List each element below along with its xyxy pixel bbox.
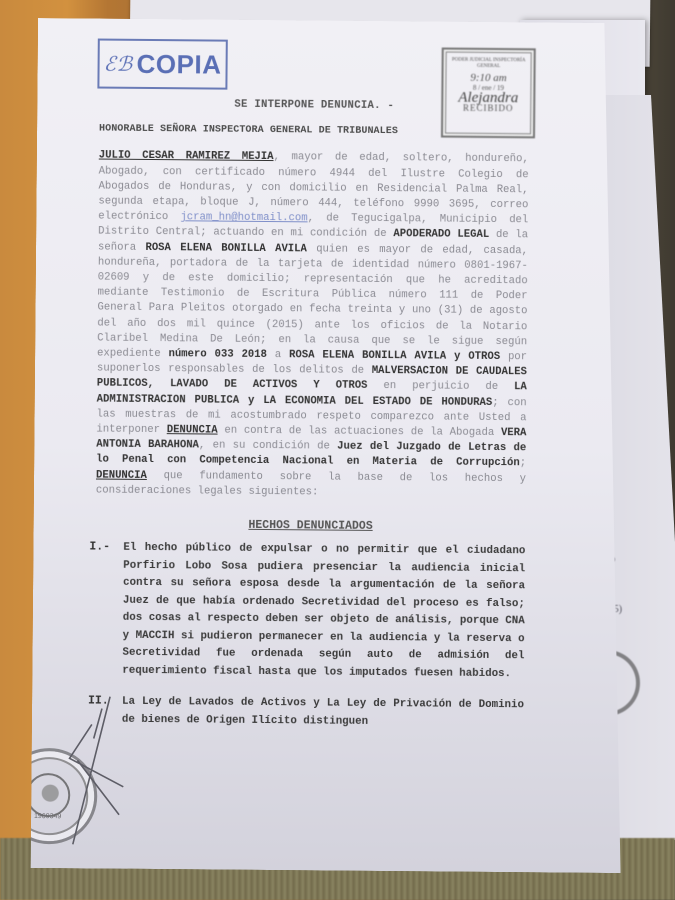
fact-text: El hecho público de expulsar o no permit… xyxy=(122,540,525,684)
fact-item: I.- El hecho público de expulsar o no pe… xyxy=(94,540,525,684)
role: APODERADO LEGAL xyxy=(393,229,489,242)
case-number: número 033 2018 xyxy=(168,348,267,361)
intro-text: , en su condición de xyxy=(199,440,330,453)
fact-text: La Ley de Lavados de Activos y La Ley de… xyxy=(122,694,524,733)
case-parties: ROSA ELENA BONILLA AVILA y OTROS xyxy=(289,349,500,363)
intro-text: a xyxy=(275,349,281,361)
intro-text: quien es mayor de edad, casada, hondureñ… xyxy=(97,243,528,360)
copy-stamp: ℰℬ COPIA xyxy=(97,39,227,90)
document-addressee: HONORABLE SEÑORA INSPECTORA GENERAL DE T… xyxy=(99,122,529,141)
intro-text: ; xyxy=(520,458,526,470)
email-link[interactable]: jcram_hn@hotmail.com xyxy=(180,211,307,224)
fact-number: I.- xyxy=(88,540,123,680)
denuncia-label: DENUNCIA xyxy=(167,424,218,436)
intro-text: en contra de las actuaciones de la Aboga… xyxy=(224,425,494,439)
received-stamp-time: 9:10 am xyxy=(443,72,533,85)
document-body: SE INTERPONE DENUNCIA. - HONORABLE SEÑOR… xyxy=(94,97,530,747)
received-stamp-org: PODER JUDICIAL INSPECTORÍA GENERAL xyxy=(444,58,534,71)
intro-text: en perjuicio de xyxy=(383,380,498,393)
intro-text: que fundamento sobre la base de los hech… xyxy=(96,470,526,499)
copy-stamp-label: COPIA xyxy=(136,48,221,80)
fact-item: II. La Ley de Lavados de Activos y La Le… xyxy=(94,694,524,733)
client-name: ROSA ELENA BONILLA AVILA xyxy=(145,242,307,255)
document-page: ℰℬ COPIA PODER JUDICIAL INSPECTORÍA GENE… xyxy=(31,18,628,873)
intro-paragraph: JULIO CESAR RAMIREZ MEJIA, mayor de edad… xyxy=(96,149,529,502)
denuncia-label-2: DENUNCIA xyxy=(96,469,147,481)
document-title: SE INTERPONE DENUNCIA. - xyxy=(99,97,529,116)
handwritten-signature xyxy=(31,668,153,849)
copy-stamp-symbol: ℰℬ xyxy=(104,51,133,76)
section-heading: HECHOS DENUNCIADOS xyxy=(96,517,526,536)
complainant-name: JULIO CESAR RAMIREZ MEJIA xyxy=(99,150,274,164)
